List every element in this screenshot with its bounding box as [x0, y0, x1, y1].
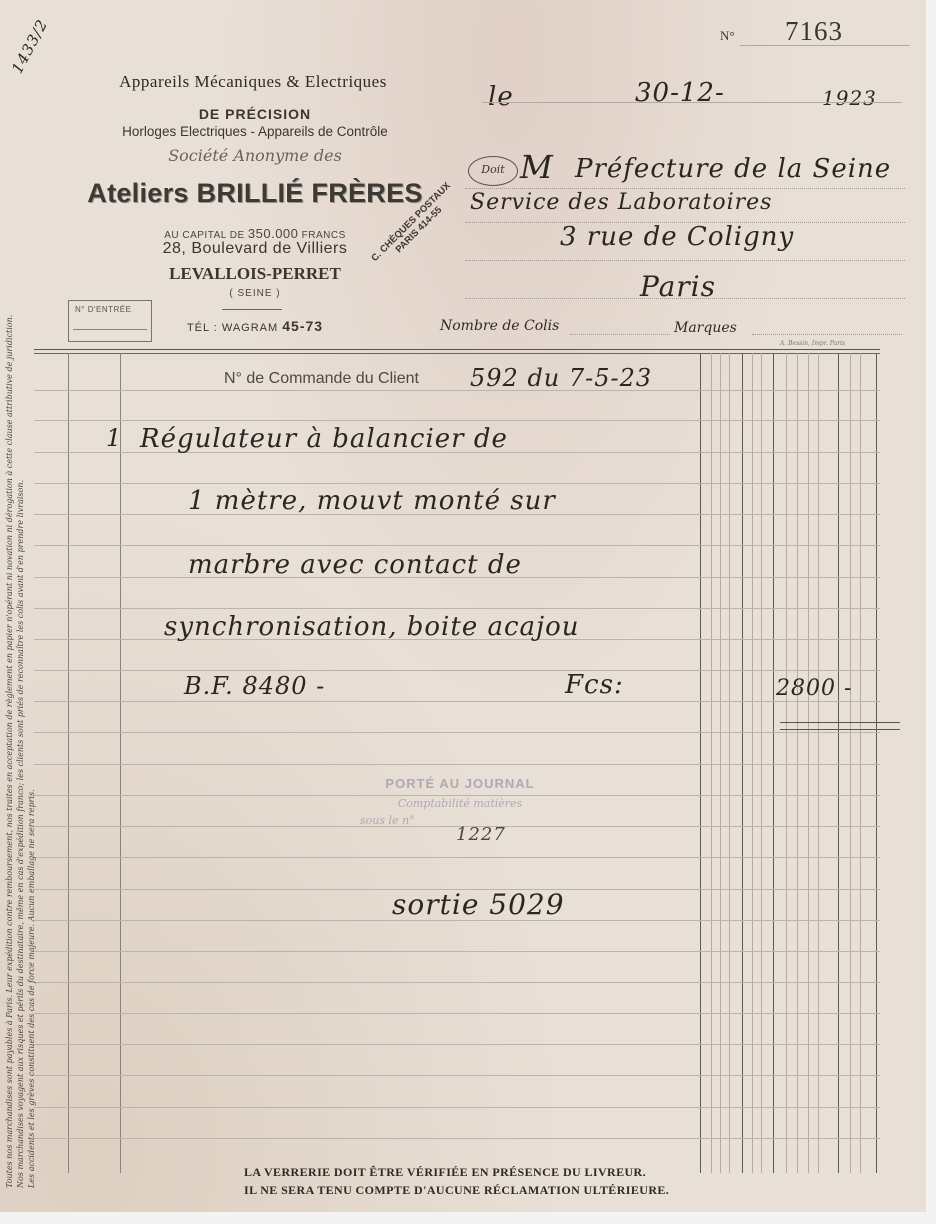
entry-number-line: [73, 329, 147, 330]
invoice-number-line: [740, 45, 910, 46]
column-divider: [752, 353, 753, 1173]
colis-line: [570, 334, 670, 335]
row-rule: [34, 701, 880, 702]
marques-label: Marques: [674, 320, 737, 336]
company-capital: AU CAPITAL DE 350.000 FRANCS: [120, 226, 390, 241]
column-divider: [742, 353, 743, 1173]
row-rule: [34, 982, 880, 983]
column-divider: [711, 353, 712, 1173]
column-divider: [838, 353, 839, 1173]
column-divider: [729, 353, 730, 1173]
column-divider: [860, 353, 861, 1173]
row-rule: [34, 483, 880, 484]
row-rule: [34, 1138, 880, 1139]
footer-line-1: LA VERRERIE DOIT ÊTRE VÉRIFIÉE EN PRÉSEN…: [244, 1163, 669, 1181]
archive-reference: 1433/2: [8, 16, 51, 76]
row-rule: [34, 764, 880, 765]
date-line: [482, 102, 902, 103]
column-divider: [700, 353, 701, 1173]
total-double-underline: [780, 722, 900, 730]
legal-line-1: Toutes nos marchandises sont payables à …: [4, 368, 15, 1188]
item-description-line: synchronisation, boite acajou: [164, 612, 580, 642]
footer-line-2: IL NE SERA TENU COMPTE D'AUCUNE RÉCLAMAT…: [244, 1181, 669, 1199]
entry-number-label: N° D'ENTRÉE: [75, 305, 131, 314]
company-region: ( SEINE ): [170, 288, 340, 299]
ornament-divider: [222, 309, 282, 310]
item-description-line: marbre avec contact de: [188, 550, 522, 580]
column-divider: [876, 353, 877, 1173]
row-rule: [34, 1075, 880, 1076]
order-number-label: N° de Commande du Client: [224, 370, 419, 388]
letterhead-products: Horloges Electriques - Appareils de Cont…: [70, 124, 440, 139]
recipient-line-1: Préfecture de la Seine: [575, 154, 891, 184]
row-rule: [34, 1013, 880, 1014]
row-rule: [34, 420, 880, 421]
item-reference: B.F. 8480 -: [184, 672, 325, 700]
currency-label: Fcs:: [565, 670, 624, 700]
column-divider: [120, 353, 121, 1173]
item-amount: 2800 -: [776, 676, 852, 701]
column-divider: [797, 353, 798, 1173]
company-telephone: TÉL : WAGRAM 45-73: [120, 318, 390, 334]
tel-prefix: TÉL : WAGRAM: [187, 322, 278, 334]
footer-notice: LA VERRERIE DOIT ÊTRE VÉRIFIÉE EN PRÉSEN…: [244, 1163, 669, 1199]
company-address: 28, Boulevard de Villiers: [100, 240, 410, 258]
table-top-border-inner: [34, 353, 880, 354]
column-divider: [761, 353, 762, 1173]
row-rule: [34, 732, 880, 733]
letterhead-title: Appareils Mécaniques & Electriques: [58, 72, 448, 92]
row-rule: [34, 857, 880, 858]
row-rule: [34, 670, 880, 671]
marques-line: [752, 334, 902, 335]
column-divider: [808, 353, 809, 1173]
address-line: [465, 260, 905, 261]
legal-terms-margin: Toutes nos marchandises sont payables à …: [4, 368, 37, 1188]
colis-label: Nombre de Colis: [440, 318, 559, 334]
item-description-line: Régulateur à balancier de: [140, 424, 508, 454]
row-rule: [34, 1044, 880, 1045]
letterhead-subtitle: DE PRÉCISION: [120, 106, 390, 122]
journal-stamp: PORTÉ AU JOURNAL Comptabilité matières s…: [360, 776, 560, 827]
column-divider: [773, 353, 774, 1173]
row-rule: [34, 545, 880, 546]
item-description-line: 1 mètre, mouvt monté sur: [188, 486, 556, 516]
row-rule: [34, 390, 880, 391]
tel-number: 45-73: [282, 318, 323, 334]
company-city: LEVALLOIS-PERRET: [120, 264, 390, 284]
company-name: Ateliers BRILLIÉ FRÈRES: [60, 178, 450, 209]
address-line: [465, 188, 905, 189]
column-divider: [786, 353, 787, 1173]
legal-line-3: Les accidents et les grèves constituent …: [26, 368, 37, 1188]
row-rule: [34, 951, 880, 952]
date-year: 1923: [822, 86, 877, 110]
column-divider: [850, 353, 851, 1173]
recipient-line-2: Service des Laboratoires: [470, 190, 772, 215]
legal-line-2: Nos marchandises voyagent aux risques et…: [15, 368, 26, 1188]
doit-label: Doit: [468, 156, 518, 186]
recipient-line-3: 3 rue de Coligny: [560, 222, 794, 252]
column-divider: [720, 353, 721, 1173]
recipient-salutation: M: [520, 148, 554, 186]
table-top-border: [34, 349, 880, 350]
recipient-line-4: Paris: [640, 270, 716, 303]
column-divider: [818, 353, 819, 1173]
entry-number-box: N° D'ENTRÉE: [68, 300, 152, 342]
order-number-value: 592 du 7-5-23: [470, 364, 652, 392]
invoice-document: 1433/2 Appareils Mécaniques & Electrique…: [0, 0, 926, 1212]
row-rule: [34, 1107, 880, 1108]
date-day-month: 30-12-: [635, 78, 725, 108]
stamp-line-2: Comptabilité matières: [360, 797, 560, 810]
row-rule: [34, 608, 880, 609]
invoice-number: 7163: [785, 16, 843, 47]
item-quantity: 1: [106, 424, 122, 452]
letterhead-societe: Société Anonyme des: [120, 146, 390, 165]
printer-mark: A. Bessin, Impr. Paris: [780, 340, 845, 347]
invoice-number-label: N°: [720, 28, 735, 44]
sortie-annotation: sortie 5029: [392, 888, 565, 921]
stamp-line-1: PORTÉ AU JOURNAL: [360, 776, 560, 791]
date-prefix: le: [488, 82, 514, 112]
capital-amount: 350.000: [248, 226, 299, 241]
column-divider: [68, 353, 69, 1173]
stamp-number: 1227: [456, 824, 506, 845]
